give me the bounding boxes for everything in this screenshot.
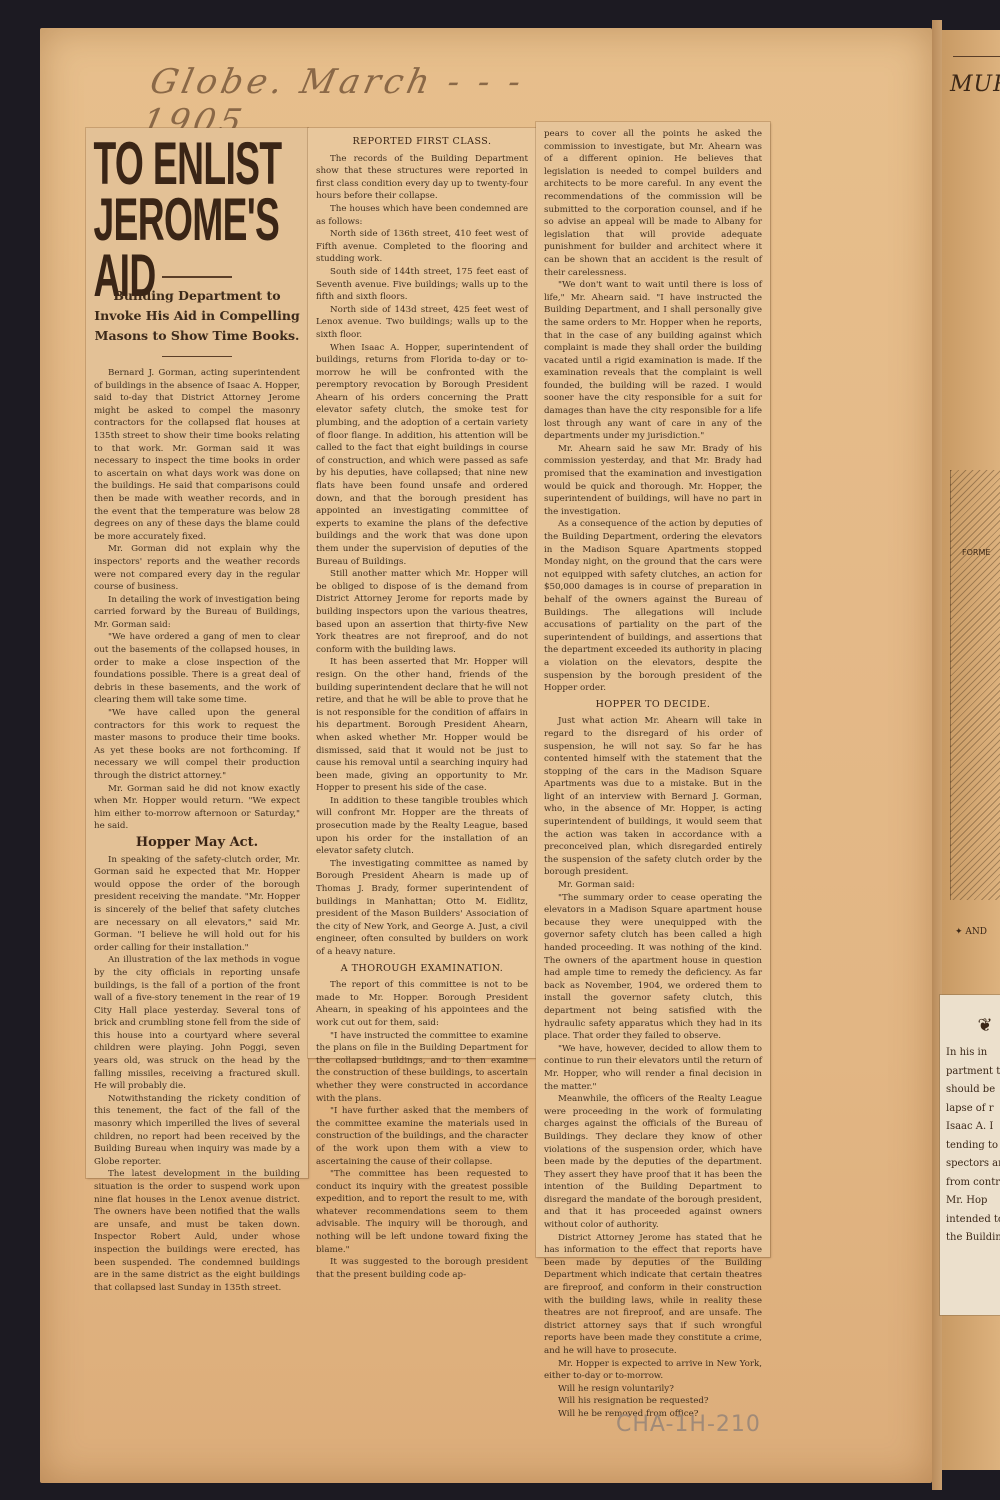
paragraph: In detailing the work of investigation b… — [94, 594, 300, 632]
paragraph: "We have, however, decided to allow them… — [544, 1043, 762, 1093]
paragraph: The investigating committee as named by … — [316, 858, 528, 959]
paragraph: Mr. Gorman said he did not know exactly … — [94, 783, 300, 833]
subhead-hopper-to-decide: HOPPER TO DECIDE. — [544, 699, 762, 712]
text-line: lapse of r — [946, 1100, 1000, 1119]
paragraph: It has been asserted that Mr. Hopper wil… — [316, 656, 528, 795]
paragraph: Mr. Gorman said: — [544, 879, 762, 892]
paragraph: Will his resignation be requested? — [544, 1395, 762, 1408]
paragraph: North side of 143d street, 425 feet west… — [316, 304, 528, 342]
text-line: spectors ar — [946, 1155, 1000, 1174]
paragraph: "We have called upon the general contrac… — [94, 707, 300, 783]
paragraph: Just what action Mr. Ahearn will take in… — [544, 715, 762, 879]
paragraph: District Attorney Jerome has stated that… — [544, 1232, 762, 1358]
paragraph: Mr. Ahearn said he saw Mr. Brady of his … — [544, 443, 762, 519]
cartoon-sketch — [950, 470, 1000, 900]
fleuron-ornament-icon: ❦ — [970, 1015, 1000, 1036]
paragraph: "The committee has been requested to con… — [316, 1168, 528, 1256]
headline-line-2: JEROME'S AID — [93, 192, 304, 304]
cartoon-label: FORME — [962, 548, 990, 557]
adjacent-page-rule — [953, 56, 1000, 57]
paragraph: "We have ordered a gang of men to clear … — [94, 631, 300, 707]
paragraph: "I have further asked that the members o… — [316, 1105, 528, 1168]
paragraph: When Isaac A. Hopper, superintendent of … — [316, 342, 528, 569]
column-2-body: REPORTED FIRST CLASS. The records of the… — [308, 128, 536, 1281]
clipping-column-1: TO ENLIST JEROME'S AID Building Departme… — [86, 128, 308, 1178]
clipping-column-2: REPORTED FIRST CLASS. The records of the… — [308, 128, 536, 1058]
paragraph: In speaking of the safety-clutch order, … — [94, 854, 300, 955]
text-line: the Buildin — [946, 1229, 1000, 1248]
paragraph: The houses which have been condemned are… — [316, 203, 528, 228]
paragraph: The records of the Building Department s… — [316, 153, 528, 203]
catalog-number: CHA-1H-210 — [616, 1412, 761, 1437]
paragraph: The report of this committee is not to b… — [316, 979, 528, 1029]
paragraph: The latest development in the building s… — [94, 1168, 300, 1294]
column-3-body: pears to cover all the points he asked t… — [536, 122, 770, 1421]
clipping-column-3: pears to cover all the points he asked t… — [536, 122, 770, 1257]
handwritten-source-note: Globe. March - - - 1905 — [145, 62, 535, 110]
paragraph: South side of 144th street, 175 feet eas… — [316, 266, 528, 304]
paragraph: As a consequence of the action by deputi… — [544, 518, 762, 694]
text-line: tending to — [946, 1137, 1000, 1156]
paragraph: North side of 136th street, 410 feet wes… — [316, 228, 528, 266]
adjacent-caption: ✦ AND — [955, 927, 987, 937]
text-line: In his in — [946, 1044, 1000, 1063]
column-1-body: Bernard J. Gorman, acting superintendent… — [86, 367, 308, 1294]
paragraph: "I have instructed the committee to exam… — [316, 1030, 528, 1106]
paragraph: Will he resign voluntarily? — [544, 1383, 762, 1396]
paragraph: Meanwhile, the officers of the Realty Le… — [544, 1093, 762, 1232]
text-line: partment t — [946, 1063, 1000, 1082]
paragraph: Mr. Hopper is expected to arrive in New … — [544, 1358, 762, 1383]
paragraph: Still another matter which Mr. Hopper wi… — [316, 568, 528, 656]
paragraph: In addition to these tangible troubles w… — [316, 795, 528, 858]
headline: TO ENLIST JEROME'S AID — [86, 128, 304, 304]
adjacent-clipping: ❦ In his in partment t should be lapse o… — [940, 995, 1000, 1315]
text-line: Isaac A. I — [946, 1118, 1000, 1137]
deck-rule — [162, 356, 232, 357]
paragraph: It was suggested to the borough presiden… — [316, 1256, 528, 1281]
text-line: intended to — [946, 1211, 1000, 1230]
paragraph: Mr. Gorman did not explain why the inspe… — [94, 543, 300, 593]
paragraph: "We don't want to wait until there is lo… — [544, 279, 762, 443]
paragraph: pears to cover all the points he asked t… — [544, 128, 762, 279]
paragraph: "The summary order to cease operating th… — [544, 892, 762, 1043]
subhead-reported-first-class: REPORTED FIRST CLASS. — [316, 136, 528, 149]
text-line: Mr. Hop — [946, 1192, 1000, 1211]
headline-line-1: TO ENLIST — [93, 136, 304, 192]
adjacent-page-title: MURF — [950, 72, 1000, 97]
text-line: should be — [946, 1081, 1000, 1100]
paragraph: Notwithstanding the rickety condition of… — [94, 1093, 300, 1169]
paragraph: Bernard J. Gorman, acting superintendent… — [94, 367, 300, 543]
subhead-hopper-may-act: Hopper May Act. — [94, 837, 300, 850]
text-line: from contr — [946, 1174, 1000, 1193]
subhead-thorough-examination: A THOROUGH EXAMINATION. — [316, 963, 528, 976]
paragraph: An illustration of the lax methods in vo… — [94, 954, 300, 1093]
adjacent-clipping-text: In his in partment t should be lapse of … — [940, 1044, 1000, 1248]
